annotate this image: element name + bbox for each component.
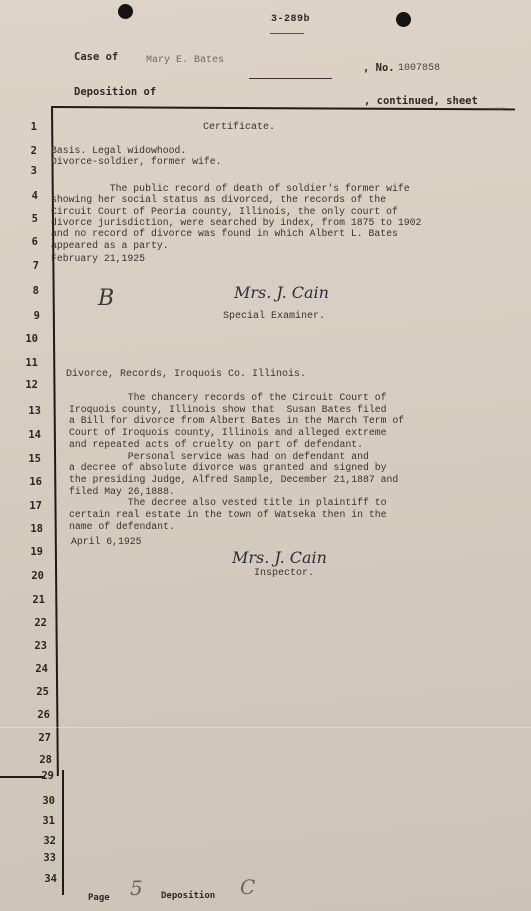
records-date: April 6,1925	[71, 536, 142, 547]
line-number: 33	[32, 852, 56, 864]
line-number: 10	[14, 333, 38, 345]
line-number: 11	[14, 357, 38, 369]
line-number: 29	[30, 770, 54, 782]
deposition-document: 3-289b Case of Mary E. Bates , No. 10078…	[0, 0, 531, 911]
line-number: 28	[28, 754, 52, 766]
line-number: 3	[13, 165, 37, 177]
punch-hole-right	[396, 12, 411, 27]
line-number: 34	[33, 873, 57, 885]
punch-hole-left	[118, 4, 133, 19]
inspector-title: Inspector.	[254, 568, 314, 579]
line-number: 23	[23, 640, 47, 652]
text-line: Court of Iroquois county, Illinois and a…	[69, 427, 386, 438]
line-number: 13	[17, 405, 41, 417]
form-number-underline	[270, 33, 304, 34]
text-line: a decree of absolute divorce was granted…	[69, 462, 386, 473]
case-name: Mary E. Bates	[146, 55, 224, 66]
text-line: Personal service was had on defendant an…	[69, 451, 369, 462]
number-label: , No.	[363, 62, 395, 74]
text-line: appeared as a party.	[51, 240, 169, 251]
text-line: and no record of divorce was found in wh…	[51, 228, 398, 239]
deposition-footer-label: Deposition	[161, 891, 215, 901]
text-line: The chancery records of the Circuit Cour…	[69, 392, 386, 403]
continued-sheet-label: , continued, sheet	[364, 95, 478, 107]
line-number: 20	[20, 570, 44, 582]
page-label: Page	[88, 893, 110, 903]
records-heading: Divorce, Records, Iroquois Co. Illinois.	[66, 369, 306, 380]
examiner-signature: Mrs. J. Cain	[234, 283, 329, 302]
line-number: 5	[14, 213, 38, 225]
line-number: 31	[31, 815, 55, 827]
text-line: a Bill for divorce from Albert Bates in …	[69, 415, 404, 426]
line-number: 9	[16, 310, 40, 322]
deposition-of-label: Deposition of	[74, 86, 156, 98]
line-number: 21	[21, 594, 45, 606]
line-number: 1	[13, 121, 37, 133]
line-number: 4	[14, 190, 38, 202]
certificate-title: Certificate.	[203, 122, 275, 133]
case-label: Case of	[74, 51, 118, 63]
line-number: 27	[27, 732, 51, 744]
line-number: 30	[31, 795, 55, 807]
basis-line-2: Divorce-soldier, former wife.	[51, 156, 222, 167]
line-number: 16	[18, 476, 42, 488]
line-number: 32	[32, 835, 56, 847]
text-line: divorce jurisdiction, were searched by i…	[51, 217, 421, 228]
form-number: 3-289b	[271, 14, 310, 25]
line-number: 15	[17, 453, 41, 465]
line-number: 19	[19, 546, 43, 558]
text-line: filed May 26,1888.	[69, 486, 175, 497]
text-line: showing her social status as divorced, t…	[51, 194, 386, 205]
inspector-signature: Mrs. J. Cain	[232, 548, 327, 567]
case-underline	[249, 78, 332, 79]
examiner-title: Special Examiner.	[223, 311, 325, 322]
text-line: the presiding Judge, Alfred Sample, Dece…	[69, 474, 398, 485]
line-number: 12	[14, 379, 38, 391]
margin-rule-lower	[62, 770, 64, 895]
line-number: 6	[14, 236, 38, 248]
line-number: 2	[13, 145, 37, 157]
line-number: 7	[15, 260, 39, 272]
certificate-date: February 21,1925	[51, 253, 145, 264]
text-line: and repeated acts of cruelty on part of …	[69, 439, 363, 450]
text-line: The decree also vested title in plaintif…	[69, 497, 386, 508]
examiner-initials: B	[98, 286, 114, 311]
line-number: 22	[23, 617, 47, 629]
line-number: 18	[19, 523, 43, 535]
basis-line-1: Basis. Legal widowhood.	[51, 145, 186, 156]
line-number: 26	[26, 709, 50, 721]
line-number: 14	[17, 429, 41, 441]
text-line: Circuit Court of Peoria county, Illinois…	[51, 206, 398, 217]
text-line: The public record of death of soldier's …	[51, 183, 410, 194]
text-line: Iroquois county, Illinois show that Susa…	[69, 404, 386, 415]
line-number: 8	[15, 285, 39, 297]
deposition-value: C	[240, 875, 255, 899]
line-number: 17	[18, 500, 42, 512]
text-line: name of defendant.	[69, 521, 175, 532]
line-number: 24	[24, 663, 48, 675]
page-value: 5	[130, 876, 143, 900]
case-number: 1007858	[398, 63, 440, 74]
form-code: 6—3186	[490, 108, 504, 112]
text-line: certain real estate in the town of Watse…	[69, 509, 386, 520]
line-number: 25	[25, 686, 49, 698]
